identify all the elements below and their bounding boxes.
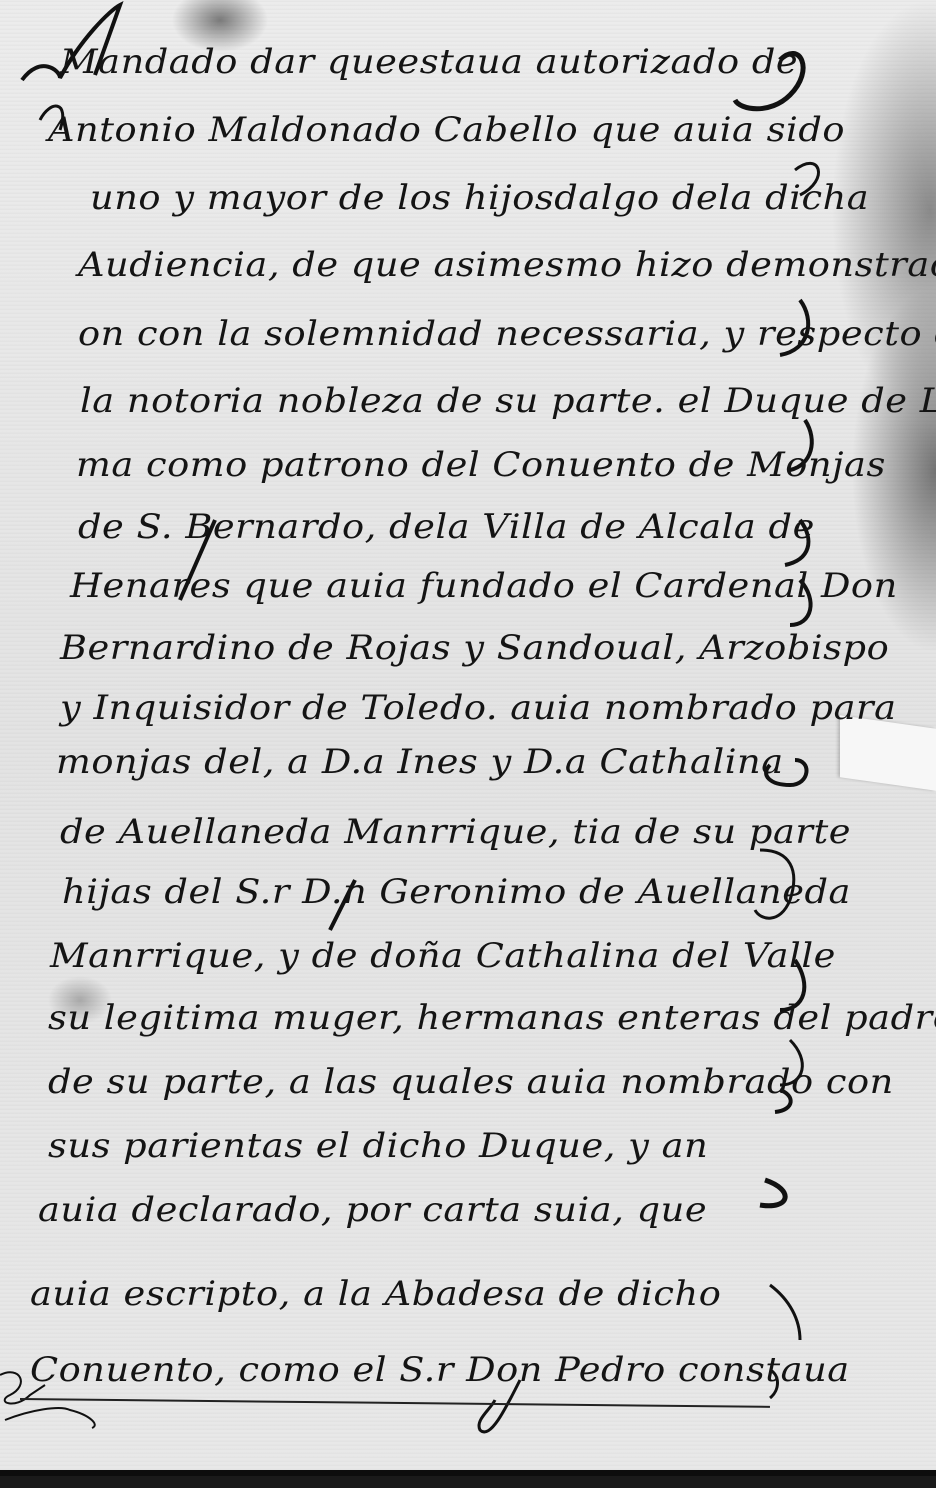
- closing-rule: [20, 1398, 770, 1408]
- text-line: de Auellaneda Manrrique, tia de su parte: [60, 812, 851, 852]
- text-line: Mandado dar queestaua autorizado de: [60, 42, 798, 82]
- text-line: on con la solemnidad necessaria, y respe…: [78, 314, 936, 354]
- text-line: Audiencia, de que asimesmo hizo demonstr…: [78, 245, 936, 285]
- text-line: de S. Bernardo, dela Villa de Alcala de: [78, 507, 815, 547]
- text-line: Henares que auia fundado el Cardenal Don: [70, 566, 898, 606]
- text-line: auia declarado, por carta suia, que: [38, 1190, 707, 1230]
- text-line: uno y mayor de los hijosdalgo dela dicha: [90, 178, 869, 218]
- manuscript-page: Mandado dar queestaua autorizado de Anto…: [0, 0, 936, 1476]
- text-line: de su parte, a las quales auia nombrado …: [48, 1062, 894, 1102]
- text-line: monjas del, a D.a Ines y D.a Cathalina: [56, 742, 784, 782]
- text-line: sus parientas el dicho Duque, y an: [48, 1126, 708, 1166]
- text-line: ma como patrono del Conuento de Monjas: [76, 445, 886, 485]
- text-line: auia escripto, a la Abadesa de dicho: [30, 1274, 721, 1314]
- text-line: Manrrique, y de doña Cathalina del Valle: [50, 936, 836, 976]
- text-line: su legitima muger, hermanas enteras del …: [48, 998, 936, 1038]
- text-line: Conuento, como el S.r Don Pedro constaua: [30, 1350, 850, 1390]
- text-line: Bernardino de Rojas y Sandoual, Arzobisp…: [60, 628, 889, 668]
- text-line: la notoria nobleza de su parte. el Duque…: [80, 381, 936, 421]
- margin-flourish-icon: [0, 0, 936, 1470]
- text-line: y Inquisidor de Toledo. auia nombrado pa…: [60, 688, 897, 728]
- text-line: Antonio Maldonado Cabello que auia sido: [48, 110, 845, 150]
- text-line: hijas del S.r D.n Geronimo de Auellaneda: [62, 872, 851, 912]
